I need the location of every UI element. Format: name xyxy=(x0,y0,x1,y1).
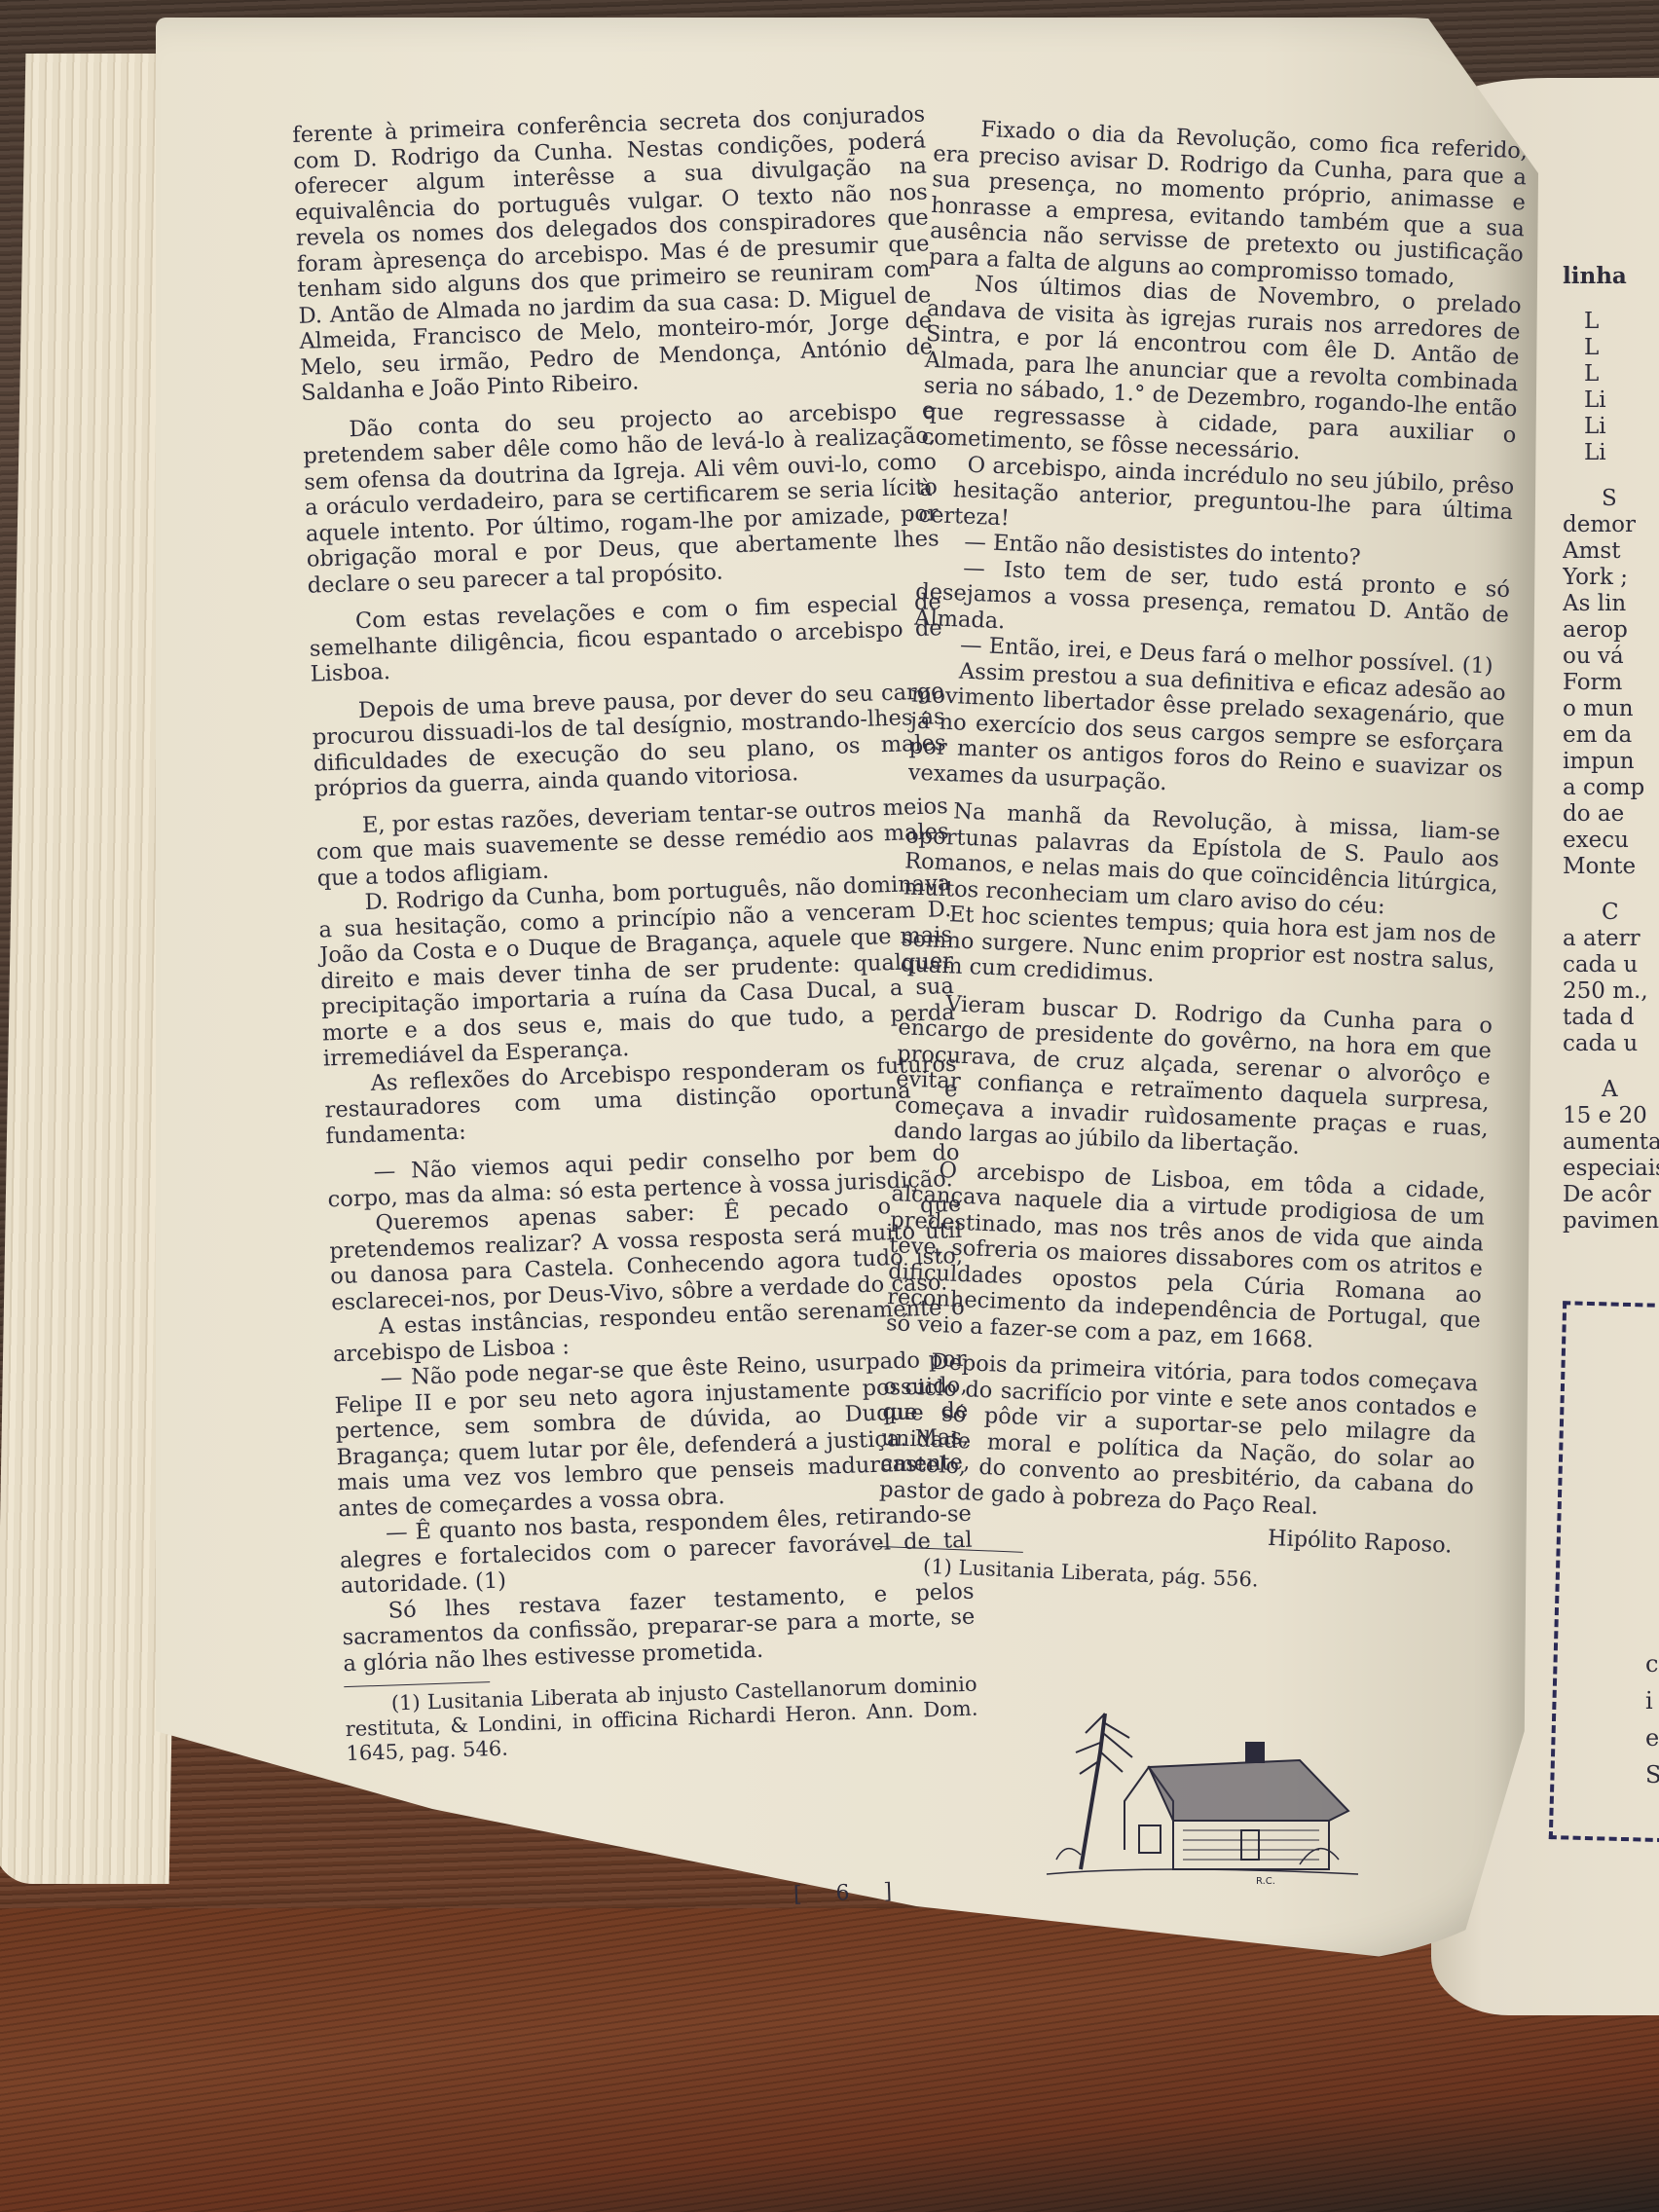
paragraph: ferente à primeira conferência secreta d… xyxy=(292,101,934,406)
paragraph: Dão conta do seu projecto ao arcebispo e… xyxy=(302,397,940,599)
paragraph: Depois da primeira vitória, para todos c… xyxy=(879,1347,1479,1526)
text-line: tada d xyxy=(1563,1005,1659,1031)
framed-text-fragment: c i e S xyxy=(1645,1645,1659,1793)
paragraph: O arcebispo de Lisboa, em tôda a cidade,… xyxy=(886,1156,1487,1360)
text-line: C xyxy=(1563,900,1659,926)
text-line: especiais xyxy=(1563,1156,1659,1182)
text-line: paviment xyxy=(1563,1208,1659,1235)
text-line: York ; xyxy=(1563,565,1659,591)
list-item: Li xyxy=(1563,387,1659,414)
list-item: L xyxy=(1563,335,1659,361)
text-line: a aterr xyxy=(1563,926,1659,952)
paragraph: Com estas revelações e com o fim especia… xyxy=(309,589,943,687)
text-line: ou vá xyxy=(1563,644,1659,670)
text-line: aumenta xyxy=(1563,1129,1659,1156)
text-line: Amst xyxy=(1563,538,1659,565)
right-column: Fixado o dia da Revolução, como fica ref… xyxy=(876,115,1529,1601)
paragraph: Depois de uma breve pausa, por dever do … xyxy=(312,679,947,802)
text-line: 250 m., xyxy=(1563,978,1659,1005)
text-line: impun xyxy=(1563,749,1659,775)
page-number: [ 6 ] xyxy=(793,1879,906,1907)
paragraph: Fixado o dia da Revolução, como fica ref… xyxy=(929,115,1529,293)
text-line: e xyxy=(1645,1719,1659,1756)
artist-mark: R.C. xyxy=(1256,1876,1275,1887)
text-line: cada u xyxy=(1563,1031,1659,1057)
list-item: L xyxy=(1563,361,1659,387)
wooden-table-edge xyxy=(0,1908,1659,2212)
text-line: demor xyxy=(1563,512,1659,538)
text-line: a comp xyxy=(1563,775,1659,801)
text-line: execu xyxy=(1563,828,1659,854)
next-page-heading: linha xyxy=(1563,263,1659,289)
decorative-border-frame xyxy=(1549,1301,1659,1843)
list-item: L xyxy=(1563,309,1659,335)
list-item: Li xyxy=(1563,414,1659,440)
text-line: aerop xyxy=(1563,617,1659,644)
next-page-text-fragment: linha L L L Li Li Li S demor Amst York ;… xyxy=(1563,263,1659,1235)
text-line: 15 e 20 xyxy=(1563,1103,1659,1129)
text-line: cada u xyxy=(1563,952,1659,978)
text-line: em da xyxy=(1563,722,1659,749)
cottage-illustration: R.C. xyxy=(1008,1684,1368,1889)
text-line: S xyxy=(1645,1756,1659,1793)
footnote-rule xyxy=(344,1681,490,1687)
text-line: De acôr xyxy=(1563,1182,1659,1208)
text-line: As lin xyxy=(1563,591,1659,617)
text-line: c xyxy=(1645,1645,1659,1682)
text-line: S xyxy=(1563,486,1659,512)
text-line: Monte xyxy=(1563,854,1659,880)
paragraph: D. Rodrigo da Cunha, bom português, não … xyxy=(317,870,956,1072)
list-item: Li xyxy=(1563,440,1659,466)
text-line: i xyxy=(1645,1682,1659,1719)
paragraph: Assim prestou a sua definitiva e eficaz … xyxy=(907,656,1506,809)
paragraph: Vieram buscar D. Rodrigo da Cunha para o… xyxy=(894,989,1493,1167)
text-line: do ae xyxy=(1563,801,1659,828)
text-line: Form xyxy=(1563,670,1659,696)
footnote-rule xyxy=(877,1545,1023,1552)
left-column: ferente à primeira conferência secreta d… xyxy=(292,101,979,1766)
paragraph: Nos últimos dias de Novembro, o prelado … xyxy=(921,270,1522,474)
text-line: o mun xyxy=(1563,696,1659,722)
text-line: A xyxy=(1563,1077,1659,1103)
dialogue-line: — Não pode negar-se que êste Reino, usur… xyxy=(333,1346,971,1522)
